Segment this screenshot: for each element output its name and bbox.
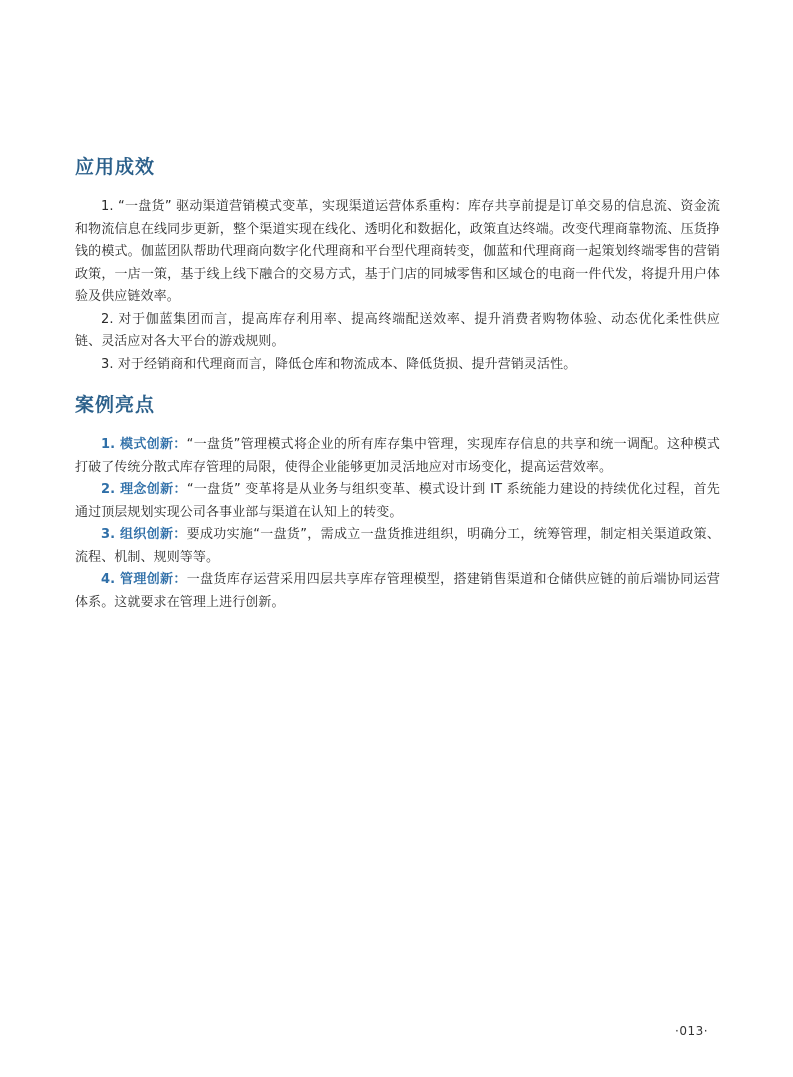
section-body: 1. 模式创新：“一盘货”管理模式将企业的所有库存集中管理，实现库存信息的共享和… — [75, 434, 720, 614]
paragraph: 3. 对于经销商和代理商而言，降低仓库和物流成本、降低货损、提升营销灵活性。 — [75, 354, 720, 377]
highlight-label: 4. 管理创新： — [101, 572, 187, 587]
page-number: ·013· — [675, 1024, 708, 1038]
highlight-label: 2. 理念创新： — [101, 482, 187, 497]
paragraph: 1. 模式创新：“一盘货”管理模式将企业的所有库存集中管理，实现库存信息的共享和… — [75, 434, 720, 479]
paragraph: 2. 理念创新：“一盘货” 变革将是从业务与组织变革、模式设计到 IT 系统能力… — [75, 479, 720, 524]
paragraph: 3. 组织创新：要成功实施“一盘货”，需成立一盘货推进组织，明确分工，统筹管理，… — [75, 524, 720, 569]
section-application-results: 应用成效 1. “一盘货” 驱动渠道营销模式变革，实现渠道运营体系重构：库存共享… — [75, 152, 720, 376]
paragraph-text: 1. “一盘货” 驱动渠道营销模式变革，实现渠道运营体系重构：库存共享前提是订单… — [75, 199, 720, 304]
highlight-label: 1. 模式创新： — [101, 437, 187, 452]
paragraph-text: 3. 对于经销商和代理商而言，降低仓库和物流成本、降低货损、提升营销灵活性。 — [101, 357, 576, 372]
section-title: 应用成效 — [75, 152, 720, 182]
paragraph: 1. “一盘货” 驱动渠道营销模式变革，实现渠道运营体系重构：库存共享前提是订单… — [75, 196, 720, 309]
highlight-label: 3. 组织创新： — [101, 527, 187, 542]
section-title: 案例亮点 — [75, 390, 720, 420]
document-page: 应用成效 1. “一盘货” 驱动渠道营销模式变革，实现渠道运营体系重构：库存共享… — [75, 152, 720, 614]
section-case-highlights: 案例亮点 1. 模式创新：“一盘货”管理模式将企业的所有库存集中管理，实现库存信… — [75, 390, 720, 614]
paragraph-text: 2. 对于伽蓝集团而言，提高库存利用率、提高终端配送效率、提升消费者购物体验、动… — [75, 312, 720, 350]
section-body: 1. “一盘货” 驱动渠道营销模式变革，实现渠道运营体系重构：库存共享前提是订单… — [75, 196, 720, 376]
paragraph: 2. 对于伽蓝集团而言，提高库存利用率、提高终端配送效率、提升消费者购物体验、动… — [75, 309, 720, 354]
paragraph: 4. 管理创新：一盘货库存运营采用四层共享库存管理模型，搭建销售渠道和仓储供应链… — [75, 569, 720, 614]
